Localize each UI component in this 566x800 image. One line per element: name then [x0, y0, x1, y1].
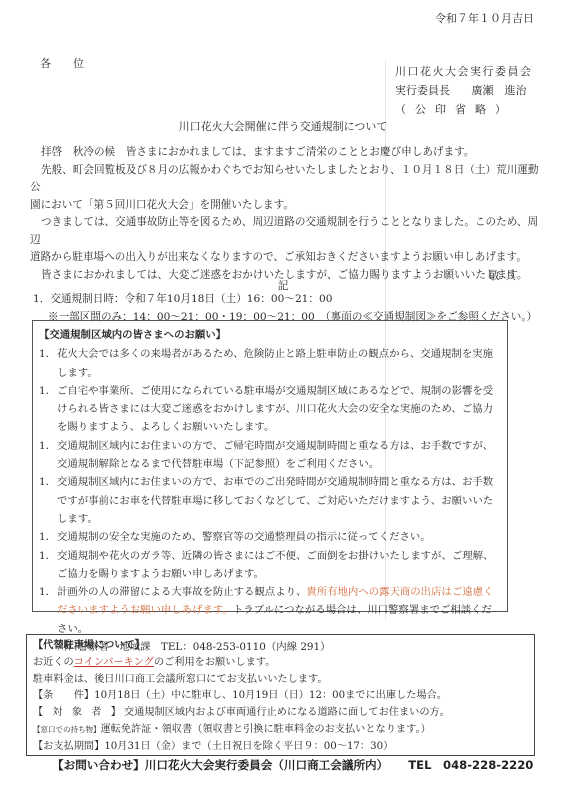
parking-box: 【代替駐車場について】 お近くのコインパーキングのご利用をお願いします。 駐車料…	[26, 634, 535, 756]
parking-eligibility-row: 【 対 象 者 】交通規制区域内および車両通行止めになる道路に面してお住まいの方…	[33, 705, 528, 722]
regulation-paragraph-cont: 道路から駐車場への出入りが出来なくなりますので、ご承知おきくださいますようお願い…	[30, 249, 540, 267]
item-number: 1．	[39, 382, 57, 437]
items-label: 【窓口での持ち物】	[33, 725, 101, 734]
inquiry-footer: 【お問い合わせ】川口花火大会実行委員会（川口商工会議所内）TEL 048-228…	[52, 757, 533, 773]
item-number: 1．	[39, 547, 57, 584]
request-box-title: 【交通規制区域内の皆さまへのお願い】	[39, 326, 501, 344]
eligibility-label: 【 対 象 者 】	[33, 707, 124, 718]
parking-fee-note: 駐車料金は、後日川口商工会議所窓口にてお支払いいたします。	[33, 672, 528, 689]
request-item: 1． 交通規制区域内にお住まいの方で、お車でのご出発時間が交通規制時間と重なる方…	[39, 473, 501, 528]
payment-label: 【お支払期間】	[33, 741, 104, 752]
item-text: 交通規制の安全な実施のため、警察官等の交通整理員の指示に従ってください。	[57, 528, 501, 546]
sender-chair: 実行委員長 廣瀬 進治	[395, 81, 533, 100]
chair-name: 廣瀬 進治	[472, 84, 527, 97]
item-text: 交通規制区域内にお住まいの方で、お車でのご出発時間が交通規制時間と重なる方は、お…	[57, 473, 501, 528]
item-number: 1．	[39, 437, 57, 474]
coin-parking-link[interactable]: コインパーキング	[74, 657, 154, 668]
request-item: 1． 花火大会では多くの来場者があるため、危険防止と路上駐車防止の観点から、交通…	[39, 345, 501, 382]
sender-block: 川口花火大会実行委員会 実行委員長 廣瀬 進治 （公印省略）	[395, 62, 533, 119]
request-item: 1． 交通規制や花火のガラ等、近隣の皆さまにはご不便、ご面倒をお掛けいたしますが…	[39, 547, 501, 584]
request-item: 1． 交通規制区域内にお住まいの方で、ご帰宅時間が交通規制時間と重なる方は、お手…	[39, 437, 501, 474]
inquiry-label: 【お問い合わせ】川口花火大会実行委員会（川口商工会議所内）	[52, 758, 388, 772]
parking-intro-before: お近くの	[33, 657, 74, 668]
request-box: 【交通規制区域内の皆さまへのお願い】 1． 花火大会では多くの来場者があるため、…	[32, 320, 508, 612]
item-number: 1．	[39, 583, 57, 638]
parking-intro: お近くのコインパーキングのご利用をお願いします。	[33, 655, 528, 672]
regulation-datetime: 1．交通規制日時：令和７年10月18日（土）16：00～21：00	[33, 290, 537, 308]
request-item: 1． ご自宅や事業所、ご使用になられている駐車場が交通規制区域にあるなどで、規制…	[39, 382, 501, 437]
item-text: 花火大会では多くの来場者があるため、危険防止と路上駐車防止の観点から、交通規制を…	[57, 345, 501, 382]
sender-organization: 川口花火大会実行委員会	[395, 62, 533, 81]
parking-intro-after: のご利用をお願いします。	[154, 657, 275, 668]
parking-box-title: 【代替駐車場について】	[33, 637, 528, 654]
document-title: 川口花火大会開催に伴う交通規制について	[0, 118, 566, 134]
items-value: 運転免許証・領収書（領収書と引換に駐車料金のお支払いとなります。）	[101, 724, 431, 735]
item-text: 計画外の人の滞留による大事故を防止する観点より、貴所有地内への露天商の出店はご遠…	[57, 583, 501, 638]
item-text-before: 計画外の人の滞留による大事故を防止する観点より、	[57, 586, 306, 598]
parking-items-row: 【窓口での持ち物】運転免許証・領収書（領収書と引換に駐車料金のお支払いとなります…	[33, 722, 528, 739]
condition-label: 【条 件】	[33, 690, 94, 701]
item-text: ご自宅や事業所、ご使用になられている駐車場が交通規制区域にあるなどで、規制の影響…	[57, 382, 501, 437]
body-text: 拝啓 秋冷の候 皆さまにおかれましては、ますますご清栄のこととお慶び申しあげます…	[30, 144, 540, 284]
request-item-street-vendors: 1． 計画外の人の滞留による大事故を防止する観点より、貴所有地内への露天商の出店…	[39, 583, 501, 638]
item-text: 交通規制や花火のガラ等、近隣の皆さまにはご不便、ご面倒をお掛けいたしますが、ご理…	[57, 547, 501, 584]
item-number: 1．	[39, 473, 57, 528]
issue-date: 令和７年１０月吉日	[435, 10, 534, 26]
recipient-char-2: 位	[73, 57, 84, 70]
item-number: 1．	[39, 345, 57, 382]
item-number: 1．	[39, 528, 57, 546]
recipient-char-1: 各	[40, 57, 51, 70]
payment-value: 10月31日（金）まで（土日祝日を除く平日９：00～17：30）	[104, 741, 393, 752]
announcement-paragraph-cont: 園において「第５回川口花火大会」を開催いたします。	[30, 197, 540, 215]
announcement-paragraph: 先般、町会回覧板及び８月の広報かわぐちでお知らせいたしましたとおり、１０月１８日…	[30, 162, 540, 197]
greeting-paragraph: 拝啓 秋冷の候 皆さまにおかれましては、ますますご清栄のこととお慶び申しあげます…	[30, 144, 540, 162]
inquiry-tel: TEL 048-228-2220	[408, 758, 533, 772]
eligibility-value: 交通規制区域内および車両通行止めになる道路に面してお住まいの方。	[124, 707, 450, 718]
chair-title: 実行委員長	[395, 84, 450, 97]
condition-value: 10月18日（土）中に駐車し、10月19日（日）12：00までに出庫した場合。	[94, 690, 447, 701]
regulation-paragraph: つきましては、交通事故防止等を図るため、周辺道路の交通規制を行うこととなりました…	[30, 214, 540, 249]
seal-note: （公印省略）	[395, 100, 533, 119]
recipient: 各位	[40, 55, 106, 71]
item-text: 交通規制区域内にお住まいの方で、ご帰宅時間が交通規制時間と重なる方は、お手数です…	[57, 437, 501, 474]
parking-payment-row: 【お支払期間】10月31日（金）まで（土日祝日を除く平日９：00～17：30）	[33, 739, 528, 756]
parking-condition-row: 【条 件】10月18日（土）中に駐車し、10月19日（日）12：00までに出庫し…	[33, 688, 528, 705]
request-item: 1． 交通規制の安全な実施のため、警察官等の交通整理員の指示に従ってください。	[39, 528, 501, 546]
